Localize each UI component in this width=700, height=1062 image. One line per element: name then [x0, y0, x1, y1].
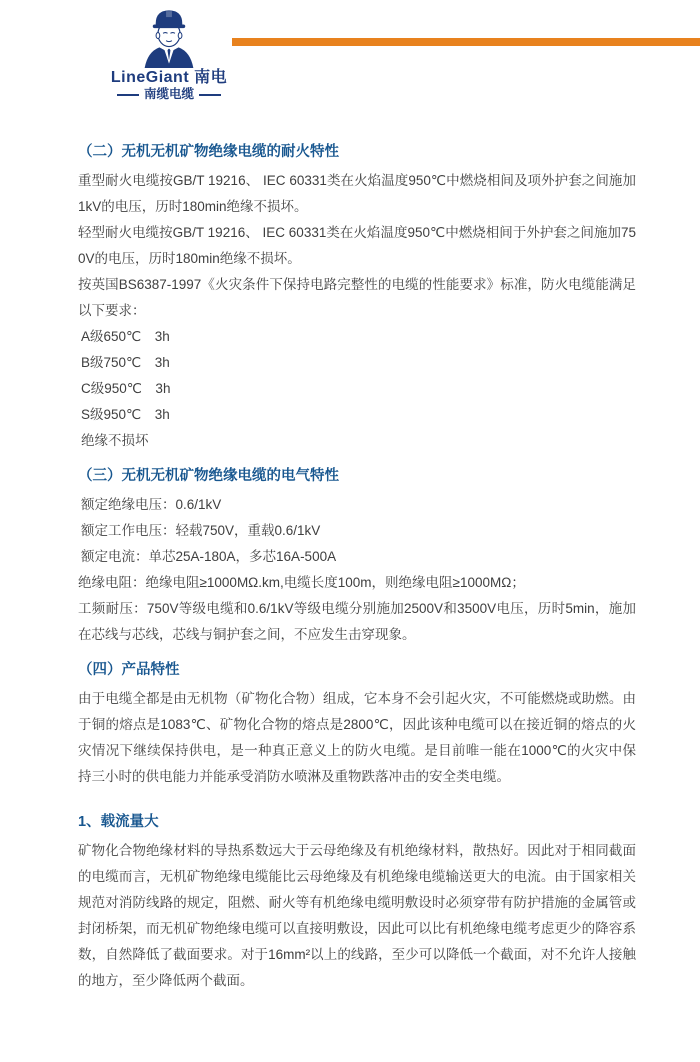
section-heading: （二）无机无机矿物绝缘电缆的耐火特性 — [78, 142, 636, 162]
grade-line-c: C级950℃ 3h — [78, 376, 636, 402]
section-electrical: （三）无机无机矿物绝缘电缆的电气特性 额定绝缘电压：0.6/1kV 额定工作电压… — [78, 466, 636, 648]
section-heading: （四）产品特性 — [78, 660, 636, 680]
grade-line-s: S级950℃ 3h — [78, 402, 636, 428]
brand-dash-right — [199, 94, 221, 96]
brand-subtitle: 南缆电缆 — [117, 87, 221, 102]
worker-mascot-icon — [133, 6, 205, 68]
spec-line: 绝缘电阻：绝缘电阻≥1000MΩ.km,电缆长度100m，则绝缘电阻≥1000M… — [78, 570, 636, 596]
paragraph: 重型耐火电缆按GB/T 19216、 IEC 60331类在火焰温度950℃中燃… — [78, 168, 636, 220]
brand-name: LineGiant 南电 — [111, 69, 227, 87]
section-heading: （三）无机无机矿物绝缘电缆的电气特性 — [78, 466, 636, 486]
spec-line: 额定工作电压：轻载750V，重载0.6/1kV — [78, 518, 636, 544]
paragraph: 轻型耐火电缆按GB/T 19216、 IEC 60331类在火焰温度950℃中燃… — [78, 220, 636, 272]
section-product-features: （四）产品特性 由于电缆全都是由无机物（矿物化合物）组成，它本身不会引起火灾，不… — [78, 660, 636, 790]
document-body: （二）无机无机矿物绝缘电缆的耐火特性 重型耐火电缆按GB/T 19216、 IE… — [78, 142, 636, 994]
section-current-capacity: 1、载流量大 矿物化合物绝缘材料的导热系数远大于云母绝缘及有机绝缘材料，散热好。… — [78, 812, 636, 994]
grade-line-result: 绝缘不损坏 — [78, 428, 636, 454]
accent-bar — [232, 38, 700, 46]
spec-line: 额定绝缘电压：0.6/1kV — [78, 492, 636, 518]
brand-dash-left — [117, 94, 139, 96]
section-heading: 1、载流量大 — [78, 812, 636, 832]
spec-line: 额定电流：单芯25A-180A，多芯16A-500A — [78, 544, 636, 570]
page-header: LineGiant 南电 南缆电缆 — [0, 0, 700, 110]
grade-line-a: A级650℃ 3h — [78, 324, 636, 350]
paragraph: 按英国BS6387-1997《火灾条件下保持电路完整性的电缆的性能要求》标准，防… — [78, 272, 636, 324]
spec-line: 工频耐压：750V等级电缆和0.6/1kV等级电缆分别施加2500V和3500V… — [78, 596, 636, 648]
section-fire-resistance: （二）无机无机矿物绝缘电缆的耐火特性 重型耐火电缆按GB/T 19216、 IE… — [78, 142, 636, 454]
paragraph: 矿物化合物绝缘材料的导热系数远大于云母绝缘及有机绝缘材料，散热好。因此对于相同截… — [78, 838, 636, 994]
brand-logo: LineGiant 南电 南缆电缆 — [104, 6, 234, 102]
brand-subtitle-text: 南缆电缆 — [144, 87, 194, 102]
grade-line-b: B级750℃ 3h — [78, 350, 636, 376]
paragraph: 由于电缆全都是由无机物（矿物化合物）组成，它本身不会引起火灾，不可能燃烧或助燃。… — [78, 686, 636, 790]
